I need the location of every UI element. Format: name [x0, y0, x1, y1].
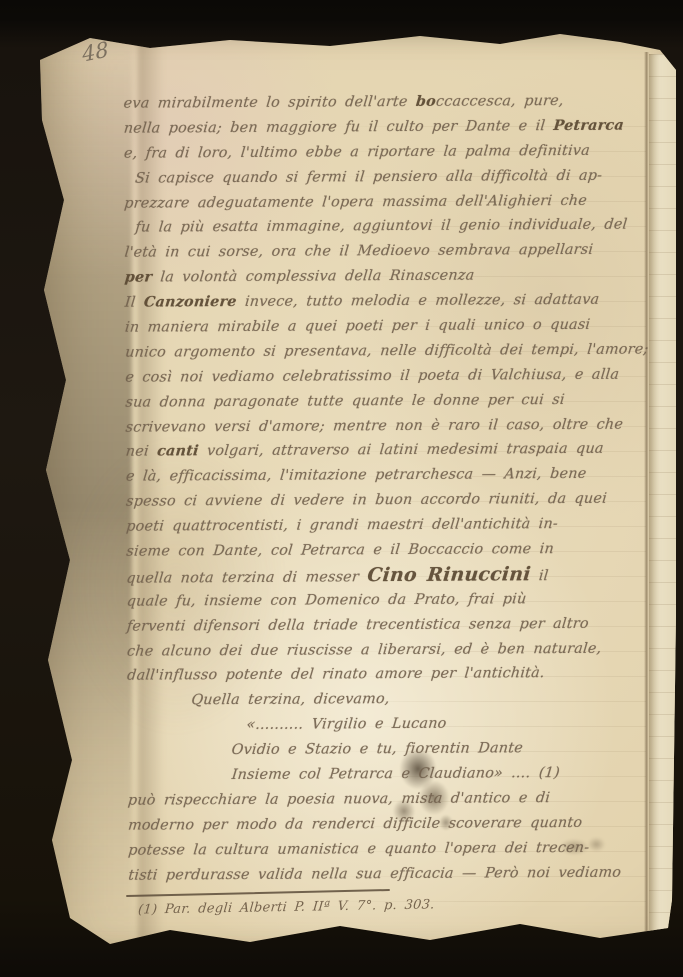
manuscript-line: unico argomento si presentava, nelle dif…	[124, 337, 666, 365]
manuscript-word-run: prezzare adeguatamente l'opera massima d…	[124, 192, 588, 211]
manuscript-word-run: bo	[415, 94, 437, 110]
manuscript-lines: eva mirabilmente lo spirito dell'arte bo…	[124, 88, 669, 888]
manuscript-line: e là, efficacissima, l'imitazione petrar…	[125, 462, 667, 490]
footnote: (1) Par. degli Alberti P. IIª V. 7°. p. …	[137, 897, 435, 917]
manuscript-line: «.......... Virgilio e Lucano	[245, 711, 668, 738]
manuscript-word-run: eva mirabilmente lo spirito dell'arte	[123, 94, 417, 112]
manuscript-word-run: sieme con Dante, col Petrarca e il Bocca…	[126, 541, 555, 560]
manuscript-line: quale fu, insieme con Domenico da Prato,…	[125, 586, 667, 614]
manuscript-word-run: e così noi vediamo celebratissimo il poe…	[125, 366, 620, 385]
manuscript-line: moderno per modo da renderci difficile s…	[127, 810, 669, 838]
manuscript-line: potesse la cultura umanistica e quanto l…	[127, 835, 669, 863]
manuscript-word-run: tisti perdurasse valida nella sua effica…	[128, 864, 622, 883]
manuscript-word-run: scrivevano versi d'amore; mentre non è r…	[125, 416, 624, 435]
manuscript-word-run: Ovidio e Stazio e tu, fiorentin Dante	[231, 740, 524, 758]
manuscript-word-run: fu la più esatta immagine, aggiuntovi il…	[135, 217, 629, 236]
manuscript-line: nella poesia; ben maggiore fu il culto p…	[123, 113, 665, 141]
manuscript-line: sua donna paragonate tutte quante le don…	[124, 387, 666, 415]
manuscript-word-run: volgari, attraverso ai latini medesimi t…	[198, 441, 605, 459]
manuscript-line: eva mirabilmente lo spirito dell'arte bo…	[122, 88, 664, 116]
manuscript-word-run: canti	[156, 444, 199, 460]
manuscript-word-run: ferventi difensori della triade trecenti…	[126, 616, 589, 635]
manuscript-line: l'età in cui sorse, ora che il Medioevo …	[123, 238, 665, 266]
manuscript-word-run: quella nota terzina di messer	[126, 569, 368, 586]
manuscript-line: tisti perdurasse valida nella sua effica…	[127, 860, 669, 888]
manuscript-line: dall'influsso potente del rinato amore p…	[126, 661, 668, 689]
manuscript-line: fu la più esatta immagine, aggiuntovi il…	[134, 213, 665, 241]
manuscript-word-run: potesse la cultura umanistica e quanto l…	[127, 840, 590, 859]
manuscript-word-run: nella poesia; ben maggiore fu il culto p…	[123, 118, 554, 137]
manuscript-line: per la volontà complessiva della Rinasce…	[123, 263, 665, 291]
manuscript-word-run: la volontà complessiva della Rinascenza	[151, 268, 475, 286]
manuscript-line: quella nota terzina di messer Cino Rinuc…	[125, 561, 667, 589]
manuscript-page: 48 eva mirabilmente lo spirito dell'arte…	[26, 16, 678, 960]
manuscript-word-run: Petrarca	[553, 117, 625, 133]
manuscript-word-run: Si capisce quando si fermi il pensiero a…	[134, 167, 603, 186]
manuscript-line: può rispecchiare la poesia nuova, mista …	[127, 785, 669, 813]
manuscript-word-run: «.......... Virgilio e Lucano	[246, 716, 448, 733]
manuscript-line: in maniera mirabile a quei poeti per i q…	[124, 312, 666, 340]
manuscript-word-run: nei	[125, 444, 158, 460]
manuscript-word-run: Insieme col Petrarca e Claudiano» .... (…	[231, 765, 561, 783]
manuscript-line: Quella terzina, dicevamo,	[190, 686, 668, 714]
manuscript-word-run: sua donna paragonate tutte quante le don…	[125, 392, 566, 411]
manuscript-word-run: Canzoniere	[143, 294, 237, 311]
manuscript-word-run: per	[124, 270, 153, 286]
manuscript-word-run: Cino Rinuccini	[366, 563, 531, 586]
manuscript-word-run: e, fra di loro, l'ultimo ebbe a riportar…	[123, 143, 590, 162]
manuscript-photo: 48 eva mirabilmente lo spirito dell'arte…	[0, 0, 683, 977]
manuscript-word-run: Quella terzina, dicevamo,	[191, 691, 391, 708]
manuscript-line: nei canti volgari, attraverso ai latini …	[125, 437, 667, 465]
manuscript-text: eva mirabilmente lo spirito dell'arte bo…	[124, 88, 669, 888]
manuscript-word-run: Il	[124, 295, 145, 311]
manuscript-line: Si capisce quando si fermi il pensiero a…	[134, 163, 665, 191]
manuscript-line: poeti quattrocentisti, i grandi maestri …	[125, 511, 667, 539]
manuscript-word-run: che alcuno dei due riuscisse a liberarsi…	[126, 640, 602, 659]
manuscript-word-run: può rispecchiare la poesia nuova, mista …	[127, 790, 551, 809]
manuscript-word-run: quale fu, insieme con Domenico da Prato,…	[126, 591, 527, 609]
manuscript-word-run: dall'influsso potente del rinato amore p…	[126, 666, 545, 685]
manuscript-word-run: spesso ci avviene di vedere in buon acco…	[125, 491, 607, 510]
manuscript-line: spesso ci avviene di vedere in buon acco…	[125, 487, 667, 515]
manuscript-line: sieme con Dante, col Petrarca e il Bocca…	[125, 536, 667, 564]
manuscript-line: e, fra di loro, l'ultimo ebbe a riportar…	[123, 138, 665, 166]
manuscript-word-run: in maniera mirabile a quei poeti per i q…	[124, 317, 591, 336]
manuscript-word-run: moderno per modo da renderci difficile s…	[127, 815, 583, 834]
manuscript-word-run: il	[530, 568, 550, 584]
manuscript-word-run: ccaccesca, pure,	[435, 93, 564, 110]
manuscript-line: Ovidio e Stazio e tu, fiorentin Dante	[230, 735, 668, 763]
manuscript-word-run: poeti quattrocentisti, i grandi maestri …	[125, 516, 558, 535]
manuscript-word-run: e là, efficacissima, l'imitazione petrar…	[125, 466, 587, 485]
manuscript-line: e così noi vediamo celebratissimo il poe…	[124, 362, 666, 390]
manuscript-line: Il Canzoniere invece, tutto melodia e mo…	[124, 287, 666, 315]
manuscript-word-run: l'età in cui sorse, ora che il Medioevo …	[124, 242, 594, 261]
manuscript-line: ferventi difensori della triade trecenti…	[126, 611, 668, 639]
manuscript-line: Insieme col Petrarca e Claudiano» .... (…	[231, 760, 669, 788]
manuscript-word-run: unico argomento si presentava, nelle dif…	[124, 341, 649, 360]
manuscript-word-run: invece, tutto melodia e mollezze, si ada…	[236, 292, 600, 310]
